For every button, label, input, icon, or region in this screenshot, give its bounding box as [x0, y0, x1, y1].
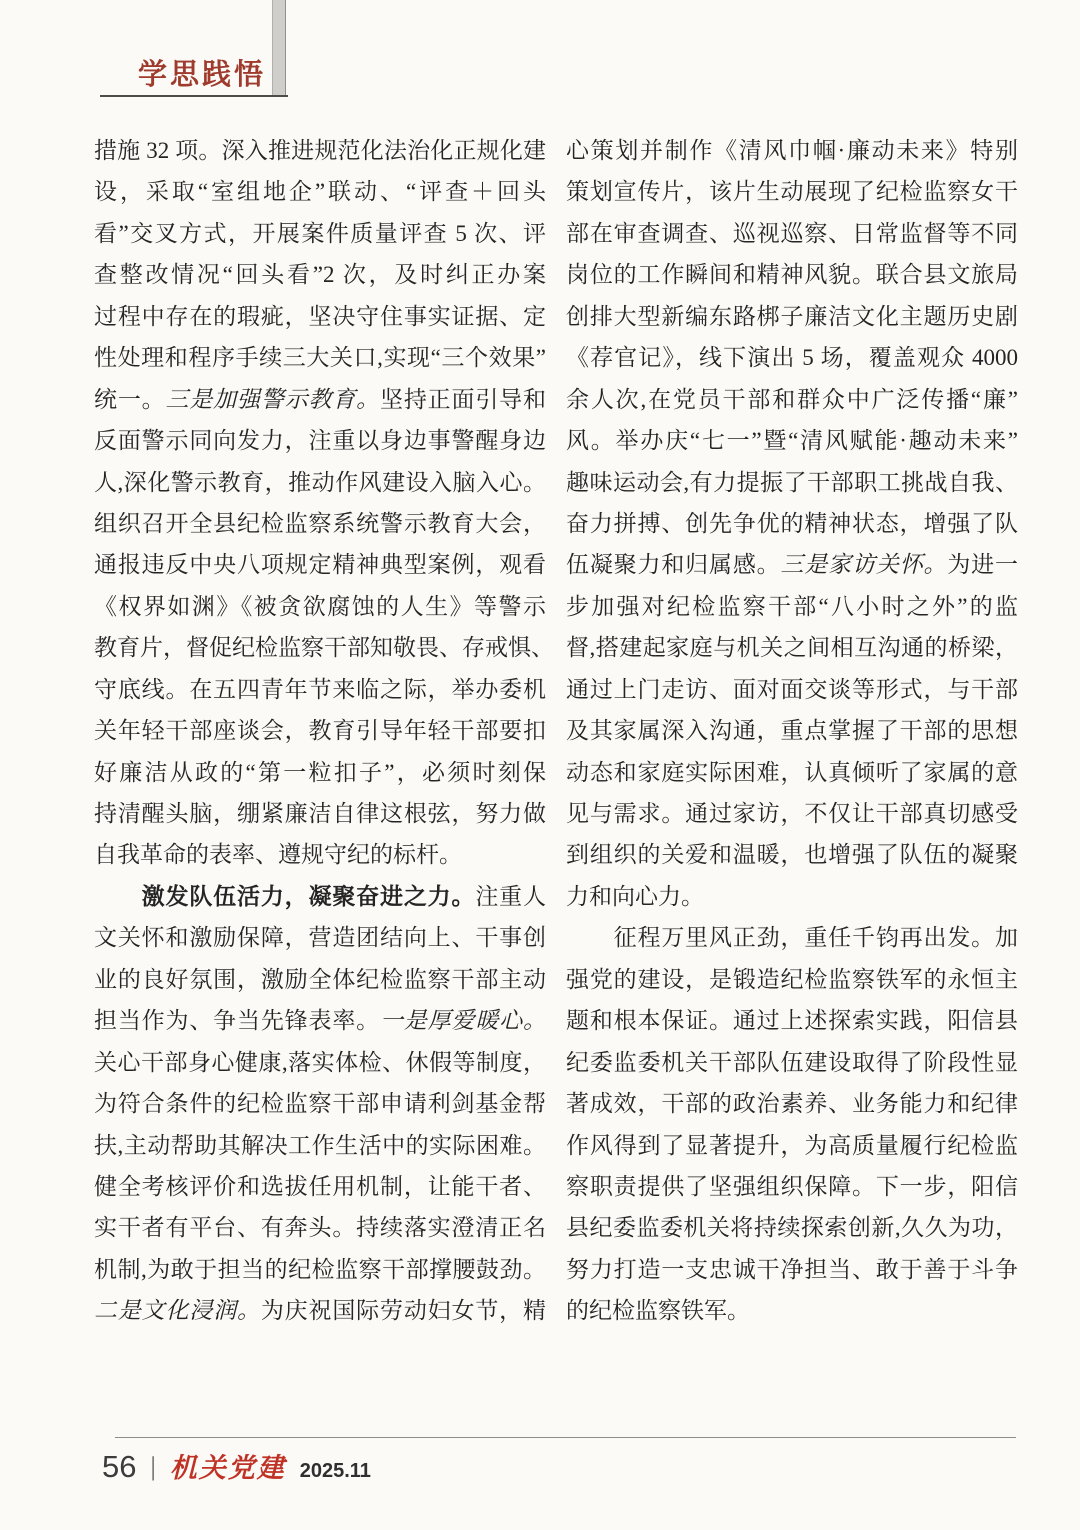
- text-line: 征程万里风正劲，重任千钧再出发。加: [566, 917, 1018, 958]
- kai-emphasis-text: 一是厚爱暖心。: [380, 1008, 546, 1033]
- text-line: 文关怀和激励保障，营造团结向上、干事创: [94, 917, 546, 958]
- body-text: 组织召开全县纪检监察系统警示教育大会，: [94, 511, 546, 536]
- body-text: 奋力拼搏、创先争优的精神状态，增强了队: [566, 511, 1018, 536]
- body-text: 实干者有平台、有奔头。持续落实澄清正名: [94, 1215, 546, 1240]
- body-text: 关心干部身心健康,落实体检、休假等制度，: [94, 1050, 546, 1075]
- text-line: 及其家属深入沟通，重点掌握了干部的思想: [566, 710, 1018, 751]
- text-line: 心策划并制作《清风巾帼·廉动未来》特别: [566, 130, 1018, 171]
- text-line: 统一。三是加强警示教育。坚持正面引导和: [94, 379, 546, 420]
- kai-emphasis-text: 三是加强警示教育。: [166, 387, 381, 412]
- body-text: 机制,为敢于担当的纪检监察干部撑腰鼓劲。: [94, 1257, 546, 1282]
- text-line: 实干者有平台、有奔头。持续落实澄清正名: [94, 1207, 546, 1248]
- text-line: 担当作为、争当先锋表率。一是厚爱暖心。: [94, 1000, 546, 1041]
- text-line: 强党的建设，是锻造纪检监察铁军的永恒主: [566, 959, 1018, 1000]
- text-line: 扶,主动帮助其解决工作生活中的实际困难。: [94, 1125, 546, 1166]
- text-line: 看”交叉方式，开展案件质量评查 5 次、评: [94, 213, 546, 254]
- page-number: 56: [102, 1449, 136, 1485]
- text-line: 策划宣传片，该片生动展现了纪检监察女干: [566, 171, 1018, 212]
- text-line: 通过上门走访、面对面交谈等形式，与干部: [566, 669, 1018, 710]
- text-line: 察职责提供了坚强组织保障。下一步，阳信: [566, 1166, 1018, 1207]
- text-line: 动态和家庭实际困难，认真倾听了家属的意: [566, 752, 1018, 793]
- text-line: 过程中存在的瑕疵，坚决守住事实证据、定: [94, 296, 546, 337]
- text-line: 组织召开全县纪检监察系统警示教育大会，: [94, 503, 546, 544]
- body-text: 健全考核评价和选拔任用机制，让能干者、: [94, 1174, 546, 1199]
- text-line: 持清醒头脑，绷紧廉洁自律这根弦，努力做: [94, 793, 546, 834]
- text-line: 余人次,在党员干部和群众中广泛传播“廉”: [566, 379, 1018, 420]
- body-text: 伍凝聚力和归属感。: [566, 552, 781, 577]
- text-column-left: 措施 32 项。深入推进规范化法治化正规化建设，采取“室组地企”联动、“评查＋回…: [94, 130, 546, 1332]
- text-line: 趣味运动会,有力提振了干部职工挑战自我、: [566, 462, 1018, 503]
- footer: 56 | 机关党建 2025.11: [102, 1446, 371, 1485]
- text-line: 督,搭建起家庭与机关之间相互沟通的桥梁，: [566, 627, 1018, 668]
- body-text: 动态和家庭实际困难，认真倾听了家属的意: [566, 760, 1018, 785]
- text-line: 伍凝聚力和归属感。三是家访关怀。为进一: [566, 544, 1018, 585]
- text-line: 著成效，干部的政治素养、业务能力和纪律: [566, 1083, 1018, 1124]
- text-line: 反面警示同向发力，注重以身边事警醒身边: [94, 420, 546, 461]
- text-line: 教育片，督促纪检监察干部知敬畏、存戒惧、: [94, 627, 546, 668]
- body-text: 《权界如渊》《被贪欲腐蚀的人生》等警示: [94, 594, 546, 619]
- body-text: 县纪委监委机关将持续探索创新,久久为功，: [566, 1215, 1018, 1240]
- body-text: 注重人: [475, 884, 546, 909]
- body-text: 关年轻干部座谈会，教育引导年轻干部要扣: [94, 718, 546, 743]
- body-text: 看”交叉方式，开展案件质量评查 5 次、评: [94, 221, 546, 246]
- footer-rule: [115, 1437, 1016, 1438]
- journal-name: 机关党建: [170, 1446, 286, 1485]
- text-line: 健全考核评价和选拔任用机制，让能干者、: [94, 1166, 546, 1207]
- text-line: 县纪委监委机关将持续探索创新,久久为功，: [566, 1207, 1018, 1248]
- body-text: 过程中存在的瑕疵，坚决守住事实证据、定: [94, 304, 546, 329]
- body-text: 坚持正面引导和: [380, 387, 546, 412]
- body-text: 见与需求。通过家访，不仅让干部真切感受: [566, 801, 1018, 826]
- body-text: 教育片，督促纪检监察干部知敬畏、存戒惧、: [94, 635, 554, 660]
- body-text: 征程万里风正劲，重任千钧再出发。加: [566, 925, 1018, 950]
- body-text: 持清醒头脑，绷紧廉洁自律这根弦，努力做: [94, 801, 546, 826]
- body-text: 业的良好氛围，激励全体纪检监察干部主动: [94, 967, 546, 992]
- body-text: 性处理和程序手续三大关口,实现“三个效果”: [94, 345, 546, 370]
- body-text: 强党的建设，是锻造纪检监察铁军的永恒主: [566, 967, 1018, 992]
- body-text: 担当作为、争当先锋表率。: [94, 1008, 380, 1033]
- body-text: 人,深化警示教育，推动作风建设入脑入心。: [94, 470, 546, 495]
- text-line: 为符合条件的纪检监察干部申请利剑基金帮: [94, 1083, 546, 1124]
- body-text: 设，采取“室组地企”联动、“评查＋回头: [94, 179, 546, 204]
- section-title: 学思践悟: [138, 52, 266, 93]
- footer-divider: |: [150, 1452, 155, 1482]
- text-line: 措施 32 项。深入推进规范化法治化正规化建: [94, 130, 546, 171]
- text-line: 题和根本保证。通过上述探索实践，阳信县: [566, 1000, 1018, 1041]
- text-line: 努力打造一支忠诚干净担当、敢于善于斗争: [566, 1249, 1018, 1290]
- body-text: 察职责提供了坚强组织保障。下一步，阳信: [566, 1174, 1018, 1199]
- body-text: 为符合条件的纪检监察干部申请利剑基金帮: [94, 1091, 546, 1116]
- text-line: 性处理和程序手续三大关口,实现“三个效果”: [94, 337, 546, 378]
- body-text: 及其家属深入沟通，重点掌握了干部的思想: [566, 718, 1018, 743]
- text-column-right: 心策划并制作《清风巾帼·廉动未来》特别策划宣传片，该片生动展现了纪检监察女干部在…: [566, 130, 1018, 1332]
- body-text: 自我革命的表率、遵规守纪的标杆。: [94, 842, 462, 867]
- text-line: 部在审查调查、巡视巡察、日常监督等不同: [566, 213, 1018, 254]
- body-text: 反面警示同向发力，注重以身边事警醒身边: [94, 428, 546, 453]
- text-line: 业的良好氛围，激励全体纪检监察干部主动: [94, 959, 546, 1000]
- text-line: 关年轻干部座谈会，教育引导年轻干部要扣: [94, 710, 546, 751]
- text-line: 步加强对纪检监察干部“八小时之外”的监: [566, 586, 1018, 627]
- text-line: 见与需求。通过家访，不仅让干部真切感受: [566, 793, 1018, 834]
- text-line: 守底线。在五四青年节来临之际，举办委机: [94, 669, 546, 710]
- text-line: 查整改情况“回头看”2 次，及时纠正办案: [94, 254, 546, 295]
- body-text: 的纪检监察铁军。: [566, 1298, 750, 1323]
- body-text: 步加强对纪检监察干部“八小时之外”的监: [566, 594, 1018, 619]
- text-line: 自我革命的表率、遵规守纪的标杆。: [94, 834, 546, 875]
- header-rule: [100, 95, 288, 97]
- text-line: 激发队伍活力，凝聚奋进之力。注重人: [94, 876, 546, 917]
- text-line: 《权界如渊》《被贪欲腐蚀的人生》等警示: [94, 586, 546, 627]
- issue-number: 2025.11: [300, 1460, 371, 1483]
- body-text: 扶,主动帮助其解决工作生活中的实际困难。: [94, 1133, 546, 1158]
- body-text: 到组织的关爱和温暖，也增强了队伍的凝聚: [566, 842, 1018, 867]
- kai-emphasis-text: 三是家访关怀。: [781, 552, 948, 577]
- text-line: 人,深化警示教育，推动作风建设入脑入心。: [94, 462, 546, 503]
- text-line: 奋力拼搏、创先争优的精神状态，增强了队: [566, 503, 1018, 544]
- text-line: 机制,为敢于担当的纪检监察干部撑腰鼓劲。: [94, 1249, 546, 1290]
- text-line: 的纪检监察铁军。: [566, 1290, 1018, 1331]
- body-text: 力和向心力。: [566, 884, 704, 909]
- body-text: 通报违反中央八项规定精神典型案例，观看: [94, 552, 546, 577]
- body-text: 为庆祝国际劳动妇女节，精: [261, 1298, 546, 1323]
- body-text: [94, 884, 142, 909]
- text-line: 岗位的工作瞬间和精神风貌。联合县文旅局: [566, 254, 1018, 295]
- text-line: 二是文化浸润。为庆祝国际劳动妇女节，精: [94, 1290, 546, 1331]
- text-line: 到组织的关爱和温暖，也增强了队伍的凝聚: [566, 834, 1018, 875]
- body-text: 心策划并制作《清风巾帼·廉动未来》特别: [566, 138, 1018, 163]
- body-text: 措施 32 项。深入推进规范化法治化正规化建: [94, 138, 546, 163]
- text-line: 力和向心力。: [566, 876, 1018, 917]
- body-text: 创排大型新编东路梆子廉洁文化主题历史剧: [566, 304, 1018, 329]
- body-text: 查整改情况“回头看”2 次，及时纠正办案: [94, 262, 546, 287]
- magazine-page: 学思践悟 措施 32 项。深入推进规范化法治化正规化建设，采取“室组地企”联动、…: [0, 0, 1080, 1530]
- body-text: 趣味运动会,有力提振了干部职工挑战自我、: [566, 470, 1018, 495]
- text-line: 《荐官记》，线下演出 5 场，覆盖观众 4000: [566, 337, 1018, 378]
- body-text: 岗位的工作瞬间和精神风貌。联合县文旅局: [566, 262, 1018, 287]
- body-text: 努力打造一支忠诚干净担当、敢于善于斗争: [566, 1257, 1018, 1282]
- body-text: 为进一: [947, 552, 1018, 577]
- text-line: 作风得到了显著提升，为高质量履行纪检监: [566, 1125, 1018, 1166]
- body-text: 守底线。在五四青年节来临之际，举办委机: [94, 677, 546, 702]
- body-text: 文关怀和激励保障，营造团结向上、干事创: [94, 925, 546, 950]
- text-line: 关心干部身心健康,落实体检、休假等制度，: [94, 1042, 546, 1083]
- body-text: 作风得到了显著提升，为高质量履行纪检监: [566, 1133, 1018, 1158]
- body-text: 督,搭建起家庭与机关之间相互沟通的桥梁，: [566, 635, 1018, 660]
- kai-emphasis-text: 二是文化浸润。: [94, 1298, 261, 1323]
- text-line: 纪委监委机关干部队伍建设取得了阶段性显: [566, 1042, 1018, 1083]
- body-text: 通过上门走访、面对面交谈等形式，与干部: [566, 677, 1018, 702]
- body-text: 著成效，干部的政治素养、业务能力和纪律: [566, 1091, 1018, 1116]
- text-line: 设，采取“室组地企”联动、“评查＋回头: [94, 171, 546, 212]
- body-text: 风。举办庆“七一”暨“清风赋能·趣动未来”: [566, 428, 1018, 453]
- header-vertical-bar: [272, 0, 286, 96]
- text-line: 风。举办庆“七一”暨“清风赋能·趣动未来”: [566, 420, 1018, 461]
- body-text: 余人次,在党员干部和群众中广泛传播“廉”: [566, 387, 1018, 412]
- text-line: 通报违反中央八项规定精神典型案例，观看: [94, 544, 546, 585]
- bold-lead-text: 激发队伍活力，凝聚奋进之力。: [142, 883, 476, 909]
- body-text: 题和根本保证。通过上述探索实践，阳信县: [566, 1008, 1018, 1033]
- body-text: 策划宣传片，该片生动展现了纪检监察女干: [566, 179, 1018, 204]
- body-text: 纪委监委机关干部队伍建设取得了阶段性显: [566, 1050, 1018, 1075]
- body-text: 《荐官记》，线下演出 5 场，覆盖观众 4000: [566, 345, 1018, 370]
- text-line: 创排大型新编东路梆子廉洁文化主题历史剧: [566, 296, 1018, 337]
- body-text: 统一。: [94, 387, 166, 412]
- body-text: 好廉洁从政的“第一粒扣子”，必须时刻保: [94, 760, 546, 785]
- text-line: 好廉洁从政的“第一粒扣子”，必须时刻保: [94, 752, 546, 793]
- body-text: 部在审查调查、巡视巡察、日常监督等不同: [566, 221, 1018, 246]
